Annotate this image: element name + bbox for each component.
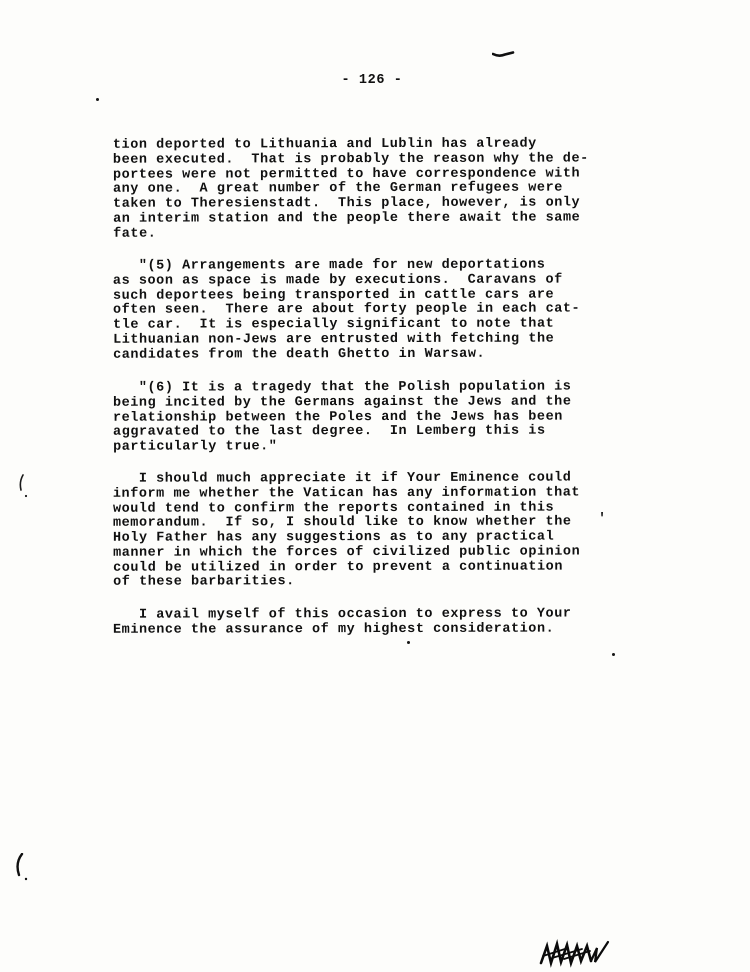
handwritten-signature-scribble bbox=[538, 936, 630, 970]
document-page: - 126 - tion deported to Lithuania and L… bbox=[0, 0, 750, 972]
top-right-smudge-mark bbox=[492, 49, 516, 59]
paper-speck bbox=[407, 641, 410, 644]
paper-speck bbox=[96, 98, 99, 101]
paper-speck bbox=[612, 653, 615, 656]
body-paragraph-continuation: tion deported to Lithuania and Lublin ha… bbox=[113, 137, 673, 242]
stray-apostrophe-mark: ' bbox=[598, 512, 606, 527]
body-paragraph-appreciation: I should much appreciate it if Your Emin… bbox=[113, 472, 673, 591]
body-paragraph-closing: I avail myself of this occasion to expre… bbox=[113, 608, 673, 639]
left-margin-mark-upper bbox=[16, 474, 32, 500]
page-number: - 126 - bbox=[0, 73, 744, 88]
body-paragraph-item-5: "(5) Arrangements are made for new depor… bbox=[113, 259, 673, 364]
body-paragraph-item-6: "(6) It is a tragedy that the Polish pop… bbox=[113, 380, 673, 455]
letter-body: tion deported to Lithuania and Lublin ha… bbox=[113, 138, 673, 656]
left-margin-mark-lower bbox=[13, 853, 33, 885]
